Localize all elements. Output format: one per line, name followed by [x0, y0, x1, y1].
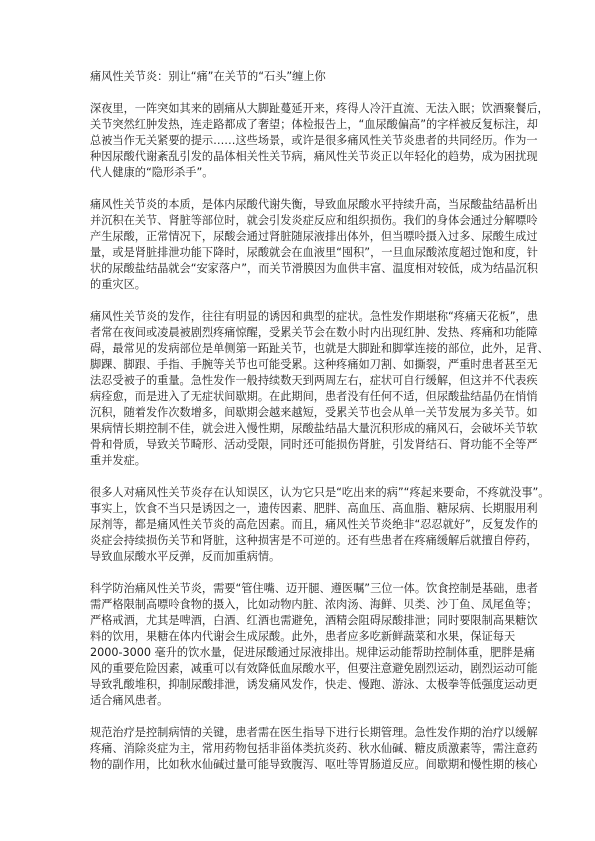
text-line: 关节突然红肿发热，连走路都成了奢望；体检报告上，“血尿酸偏高”的字样被反复标注，…	[90, 117, 510, 133]
text-line: 规范治疗是控制病情的关键，患者需在医生指导下进行长期管理。急性发作期的治疗以缓解	[90, 725, 510, 741]
text-line: 脚踝、脚跟、手指、手腕等关节也可能受累。这种疼痛如刀割、如撕裂，严重时患者甚至无	[90, 357, 510, 373]
paragraph-symptoms: 痛风性关节炎的发作，往往有明显的诱因和典型的症状。急性发作期堪称“疼痛天花板”，…	[90, 309, 510, 469]
text-line: 物的副作用，比如秋水仙碱过量可能导致腹泻、呕吐等胃肠道反应。间歇期和慢性期的核心	[90, 757, 510, 773]
text-line: 严格戒酒，尤其是啤酒，白酒、红酒也需避免，酒精会阻碍尿酸排泄；同时要限制高果糖饮	[90, 613, 510, 629]
text-line: 总被当作无关紧要的提示……这些场景，或许是很多痛风性关节炎患者的共同经历。作为一	[90, 133, 510, 149]
text-line: 代人健康的“隐形杀手”。	[90, 165, 510, 181]
text-line: 科学防治痛风性关节炎，需要“管住嘴、迈开腿、遵医嘱”三位一体。饮食控制是基础，患…	[90, 581, 510, 597]
text-line: 导致乳酸堆积，抑制尿酸排泄，诱发痛风发作，快走、慢跑、游泳、太极拳等低强度运动更	[90, 677, 510, 693]
text-line: 需严格限制高嘌呤食物的摄入，比如动物内脏、浓肉汤、海鲜、贝类、沙丁鱼、凤尾鱼等；	[90, 597, 510, 613]
text-line: 病痊愈，而是进入了无症状间歇期。在此期间，患者没有任何不适，但尿酸盐结晶仍在悄悄	[90, 389, 510, 405]
text-line: 重并发症。	[90, 453, 510, 469]
document-page: 痛风性关节炎：别让“痛”在关节的“石头”缠上你 深夜里，一阵突如其来的剧痛从大脚…	[90, 69, 510, 789]
text-line: 痛风性关节炎的发作，往往有明显的诱因和典型的症状。急性发作期堪称“疼痛天花板”，…	[90, 309, 510, 325]
document-title: 痛风性关节炎：别让“痛”在关节的“石头”缠上你	[90, 69, 510, 85]
text-line: 导致血尿酸水平反弹，反而加重病情。	[90, 549, 510, 565]
text-line: 沉积，随着发作次数增多，间歇期会越来越短，受累关节也会从单一关节发展为多关节。如	[90, 405, 510, 421]
text-line: 很多人对痛风性关节炎存在认知误区，认为它只是“吃出来的病”“疼起来要命，不疼就没…	[90, 485, 510, 501]
text-line: 状的尿酸盐结晶就会“安家落户”，而关节滑膜因为血供丰富、温度相对较低，成为结晶沉…	[90, 261, 510, 277]
text-line: 2000-3000 毫升的饮水量，促进尿酸通过尿液排出。规律运动能帮助控制体重，…	[90, 645, 510, 661]
text-line: 事实上，饮食不当只是诱因之一，遗传因素、肥胖、高血压、高血脂、糖尿病、长期服用利	[90, 501, 510, 517]
text-line: 风的重要危险因素，减重可以有效降低血尿酸水平，但要注意避免剧烈运动，剧烈运动可能	[90, 661, 510, 677]
text-line: 法忍受被子的重量。急性发作一般持续数天到两周左右，症状可自行缓解，但这并不代表疾	[90, 373, 510, 389]
paragraph-misconceptions: 很多人对痛风性关节炎存在认知误区，认为它只是“吃出来的病”“疼起来要命，不疼就没…	[90, 485, 510, 565]
text-line: 量，或是肾脏排泄功能下降时，尿酸就会在血液里“囤积”，一旦血尿酸浓度超过饱和度，…	[90, 245, 510, 261]
text-line: 产生尿酸，正常情况下，尿酸会通过肾脏随尿液排出体外，但当嘌呤摄入过多、尿酸生成过	[90, 229, 510, 245]
paragraph-intro: 深夜里，一阵突如其来的剧痛从大脚趾蔓延开来，疼得人冷汗直流、无法入眠；饮酒聚餐后…	[90, 101, 510, 181]
text-line: 深夜里，一阵突如其来的剧痛从大脚趾蔓延开来，疼得人冷汗直流、无法入眠；饮酒聚餐后…	[90, 101, 510, 117]
paragraph-pathology: 痛风性关节炎的本质，是体内尿酸代谢失衡，导致血尿酸水平持续升高，当尿酸盐结晶析出…	[90, 197, 510, 293]
text-line: 骨和骨质，导致关节畸形、活动受限，同时还可能损伤肾脏，引发肾结石、肾功能不全等严	[90, 437, 510, 453]
paragraph-treatment: 规范治疗是控制病情的关键，患者需在医生指导下进行长期管理。急性发作期的治疗以缓解…	[90, 725, 510, 773]
text-line: 者常在夜间或凌晨被剧烈疼痛惊醒，受累关节会在数小时内出现红肿、发热、疼痛和功能障	[90, 325, 510, 341]
text-line: 痛风性关节炎的本质，是体内尿酸代谢失衡，导致血尿酸水平持续升高，当尿酸盐结晶析出	[90, 197, 510, 213]
text-line: 炎症会持续损伤关节和肾脏，这种损害是不可逆的。还有些患者在疼痛缓解后就擅自停药，	[90, 533, 510, 549]
text-line: 种因尿酸代谢紊乱引发的晶体相关性关节病，痛风性关节炎正以年轻化的趋势，成为困扰现	[90, 149, 510, 165]
paragraph-prevention: 科学防治痛风性关节炎，需要“管住嘴、迈开腿、遵医嘱”三位一体。饮食控制是基础，患…	[90, 581, 510, 709]
text-line: 果病情长期控制不佳，就会进入慢性期，尿酸盐结晶大量沉积形成的痛风石，会破坏关节软	[90, 421, 510, 437]
text-line: 尿剂等，都是痛风性关节炎的高危因素。而且，痛风性关节炎绝非“忍忍就好”，反复发作…	[90, 517, 510, 533]
text-line: 料的饮用，果糖在体内代谢会生成尿酸。此外，患者应多吃新鲜蔬菜和水果，保证每天	[90, 629, 510, 645]
text-line: 并沉积在关节、肾脏等部位时，就会引发炎症反应和组织损伤。我们的身体会通过分解嘌呤	[90, 213, 510, 229]
text-line: 的重灾区。	[90, 277, 510, 293]
text-line: 碍，最常见的发病部位是单侧第一跖趾关节，也就是大脚趾和脚掌连接的部位，此外，足背…	[90, 341, 510, 357]
text-line: 适合痛风患者。	[90, 693, 510, 709]
text-line: 疼痛、消除炎症为主，常用药物包括非甾体类抗炎药、秋水仙碱、糖皮质激素等，需注意药	[90, 741, 510, 757]
